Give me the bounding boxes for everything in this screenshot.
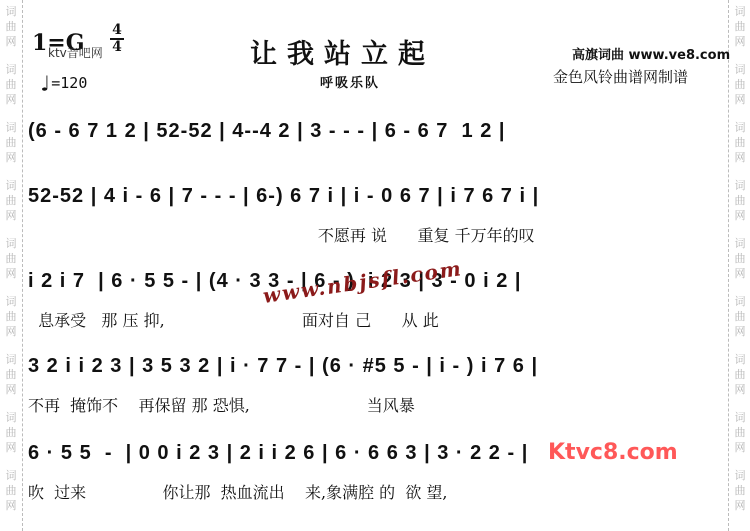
left-watermark-strip: 词曲网 词曲网 词曲网 词曲网 词曲网 词曲网 词曲网 词曲网 词曲网 xyxy=(0,0,23,531)
right-watermark-strip: 词曲网 词曲网 词曲网 词曲网 词曲网 词曲网 词曲网 词曲网 词曲网 xyxy=(728,0,750,531)
quarter-note-icon: ♩ xyxy=(38,72,51,97)
notes: 52-52 | 4 i - 6 | 7 - - - | 6-) 6 7 i | … xyxy=(28,185,539,208)
lyrics: 吹 过来 你让那 热血流出 来,象满腔 的 欲 望, xyxy=(28,480,448,503)
tempo-marking: ♩=120 xyxy=(38,72,87,97)
performer: 呼吸乐队 xyxy=(320,72,380,91)
lyrics: 息承受 那 压 抑, 面对自 己 从 此 xyxy=(28,308,439,331)
side-watermark: 词曲网 xyxy=(729,410,750,455)
side-watermark: 词曲网 xyxy=(0,352,22,397)
side-watermark: 词曲网 xyxy=(0,410,22,455)
side-watermark: 词曲网 xyxy=(0,178,22,223)
lyrics: 不再 掩饰不 再保留 那 恐惧, 当风暴 xyxy=(28,393,415,416)
side-watermark: 词曲网 xyxy=(729,62,750,107)
score-row-2: 52-52 | 4 i - 6 | 7 - - - | 6-) 6 7 i | … xyxy=(28,185,723,225)
side-watermark: 词曲网 xyxy=(729,352,750,397)
credit-composer: 高旗词曲 www.ve8.com xyxy=(572,44,730,63)
side-watermark: 词曲网 xyxy=(0,4,22,49)
lyrics: 不愿再 说 重复 千万年的叹 xyxy=(28,223,535,246)
ktv-overlay-watermark: ktv音吧网 xyxy=(48,44,103,61)
credit-transcriber: 金色风铃曲谱网制谱 xyxy=(553,66,688,87)
notes: 6 · 5 5 - | 0 0 i 2 3 | 2 i i 2 6 | 6 · … xyxy=(28,442,528,465)
score-row-4: 3 2 i i 2 3 | 3 5 3 2 | i · 7 7 - | (6 ·… xyxy=(28,355,723,395)
side-watermark: 词曲网 xyxy=(729,294,750,339)
side-watermark: 词曲网 xyxy=(729,120,750,165)
time-signature: 4 4 xyxy=(110,24,124,54)
side-watermark: 词曲网 xyxy=(729,178,750,223)
side-watermark: 词曲网 xyxy=(0,62,22,107)
song-title: 让我站立起 xyxy=(250,32,435,71)
score-row-1: (6 - 6 7 1 2 | 52-52 | 4--4 2 | 3 - - - … xyxy=(28,120,723,160)
side-watermark: 词曲网 xyxy=(729,4,750,49)
notes: (6 - 6 7 1 2 | 52-52 | 4--4 2 | 3 - - - … xyxy=(28,120,506,143)
side-watermark: 词曲网 xyxy=(0,236,22,281)
ktv-watermark: Ktvc8.com xyxy=(548,440,678,465)
notes: 3 2 i i 2 3 | 3 5 3 2 | i · 7 7 - | (6 ·… xyxy=(28,355,538,378)
side-watermark: 词曲网 xyxy=(729,468,750,513)
side-watermark: 词曲网 xyxy=(0,120,22,165)
side-watermark: 词曲网 xyxy=(0,468,22,513)
side-watermark: 词曲网 xyxy=(729,236,750,281)
side-watermark: 词曲网 xyxy=(0,294,22,339)
